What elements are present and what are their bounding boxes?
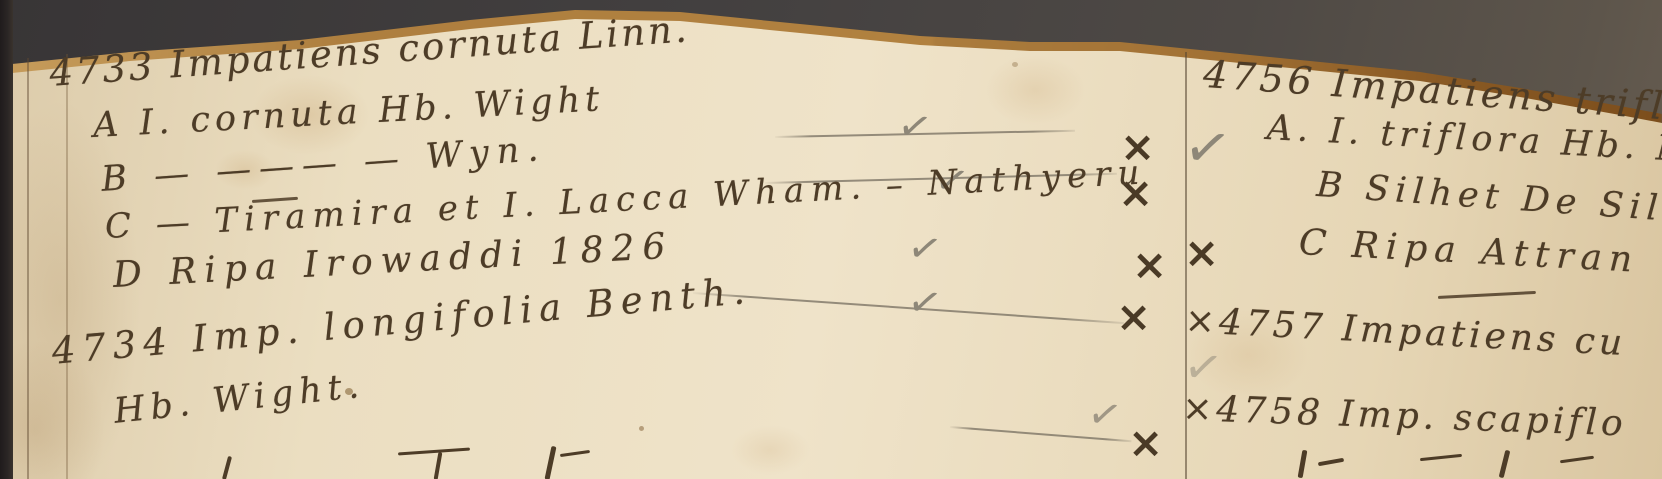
ink-blot-stain xyxy=(345,388,353,395)
ink-blot-stain xyxy=(639,426,644,431)
ink-cross-mark: × xyxy=(1116,292,1151,341)
book-spine-edge xyxy=(0,0,13,479)
ink-blot-stain xyxy=(1012,62,1018,67)
underpage-edge-line xyxy=(66,54,68,479)
page-crease-line xyxy=(27,58,29,479)
ink-cross-mark: × xyxy=(1132,240,1167,289)
ink-cross-mark: × xyxy=(1128,418,1163,467)
ink-cross-mark: × xyxy=(1184,228,1219,277)
manuscript-photo: 4733 Impatiens cornuta Linn. A I. cornut… xyxy=(0,0,1662,479)
